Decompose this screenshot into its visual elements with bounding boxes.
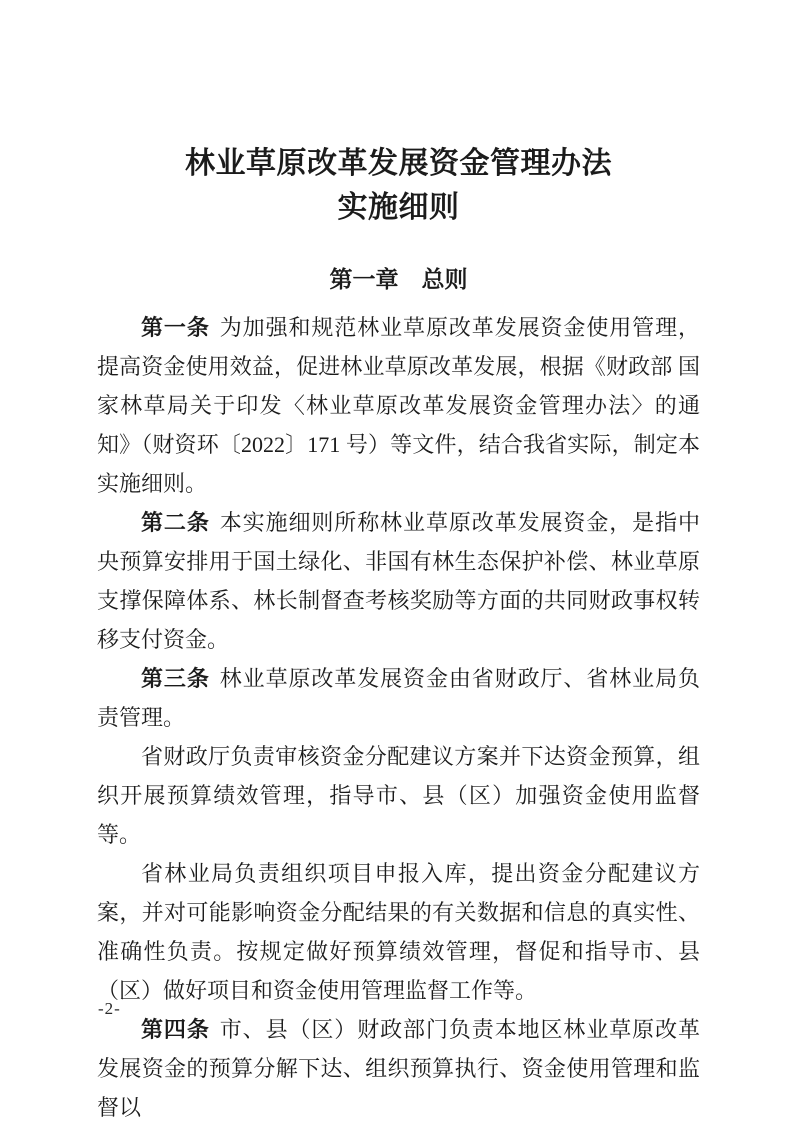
paragraph-text: 省林业局负责组织项目申报入库，提出资金分配建议方案，并对可能影响资金分配结果的有… [97,861,700,1003]
page-content: 林业草原改革发展资金管理办法 实施细则 第一章 总则 第一条为加强和规范林业草原… [97,0,700,1122]
chapter-heading: 第一章 总则 [97,264,700,294]
article-number-label: 第四条 [141,1017,210,1042]
document-title-line2: 实施细则 [97,186,700,230]
document-page: 林业草原改革发展资金管理办法 实施细则 第一章 总则 第一条为加强和规范林业草原… [0,0,793,1122]
page-number: -2- [98,999,121,1019]
paragraph-article-2: 第二条本实施细则所称林业草原改革发展资金，是指中央预算安排用于国土绿化、非国有林… [97,503,700,659]
article-number-label: 第二条 [141,510,210,535]
paragraph-finance-dept-duty: 省财政厅负责审核资金分配建议方案并下达资金预算，组织开展预算绩效管理，指导市、县… [97,737,700,854]
paragraph-article-3: 第三条林业草原改革发展资金由省财政厅、省林业局负责管理。 [97,659,700,737]
paragraph-article-1: 第一条为加强和规范林业草原改革发展资金使用管理，提高资金使用效益，促进林业草原改… [97,308,700,503]
document-title-line1: 林业草原改革发展资金管理办法 [97,142,700,186]
article-number-label: 第一条 [141,315,210,340]
document-title: 林业草原改革发展资金管理办法 实施细则 [97,142,700,230]
paragraph-text: 省财政厅负责审核资金分配建议方案并下达资金预算，组织开展预算绩效管理，指导市、县… [97,744,700,847]
document-body: 第一条为加强和规范林业草原改革发展资金使用管理，提高资金使用效益，促进林业草原改… [97,308,700,1122]
article-number-label: 第三条 [141,666,210,691]
paragraph-forestry-bureau-duty: 省林业局负责组织项目申报入库，提出资金分配建议方案，并对可能影响资金分配结果的有… [97,854,700,1010]
paragraph-text: 为加强和规范林业草原改革发展资金使用管理，提高资金使用效益，促进林业草原改革发展… [97,315,700,496]
paragraph-article-4: 第四条市、县（区）财政部门负责本地区林业草原改革发展资金的预算分解下达、组织预算… [97,1010,700,1122]
